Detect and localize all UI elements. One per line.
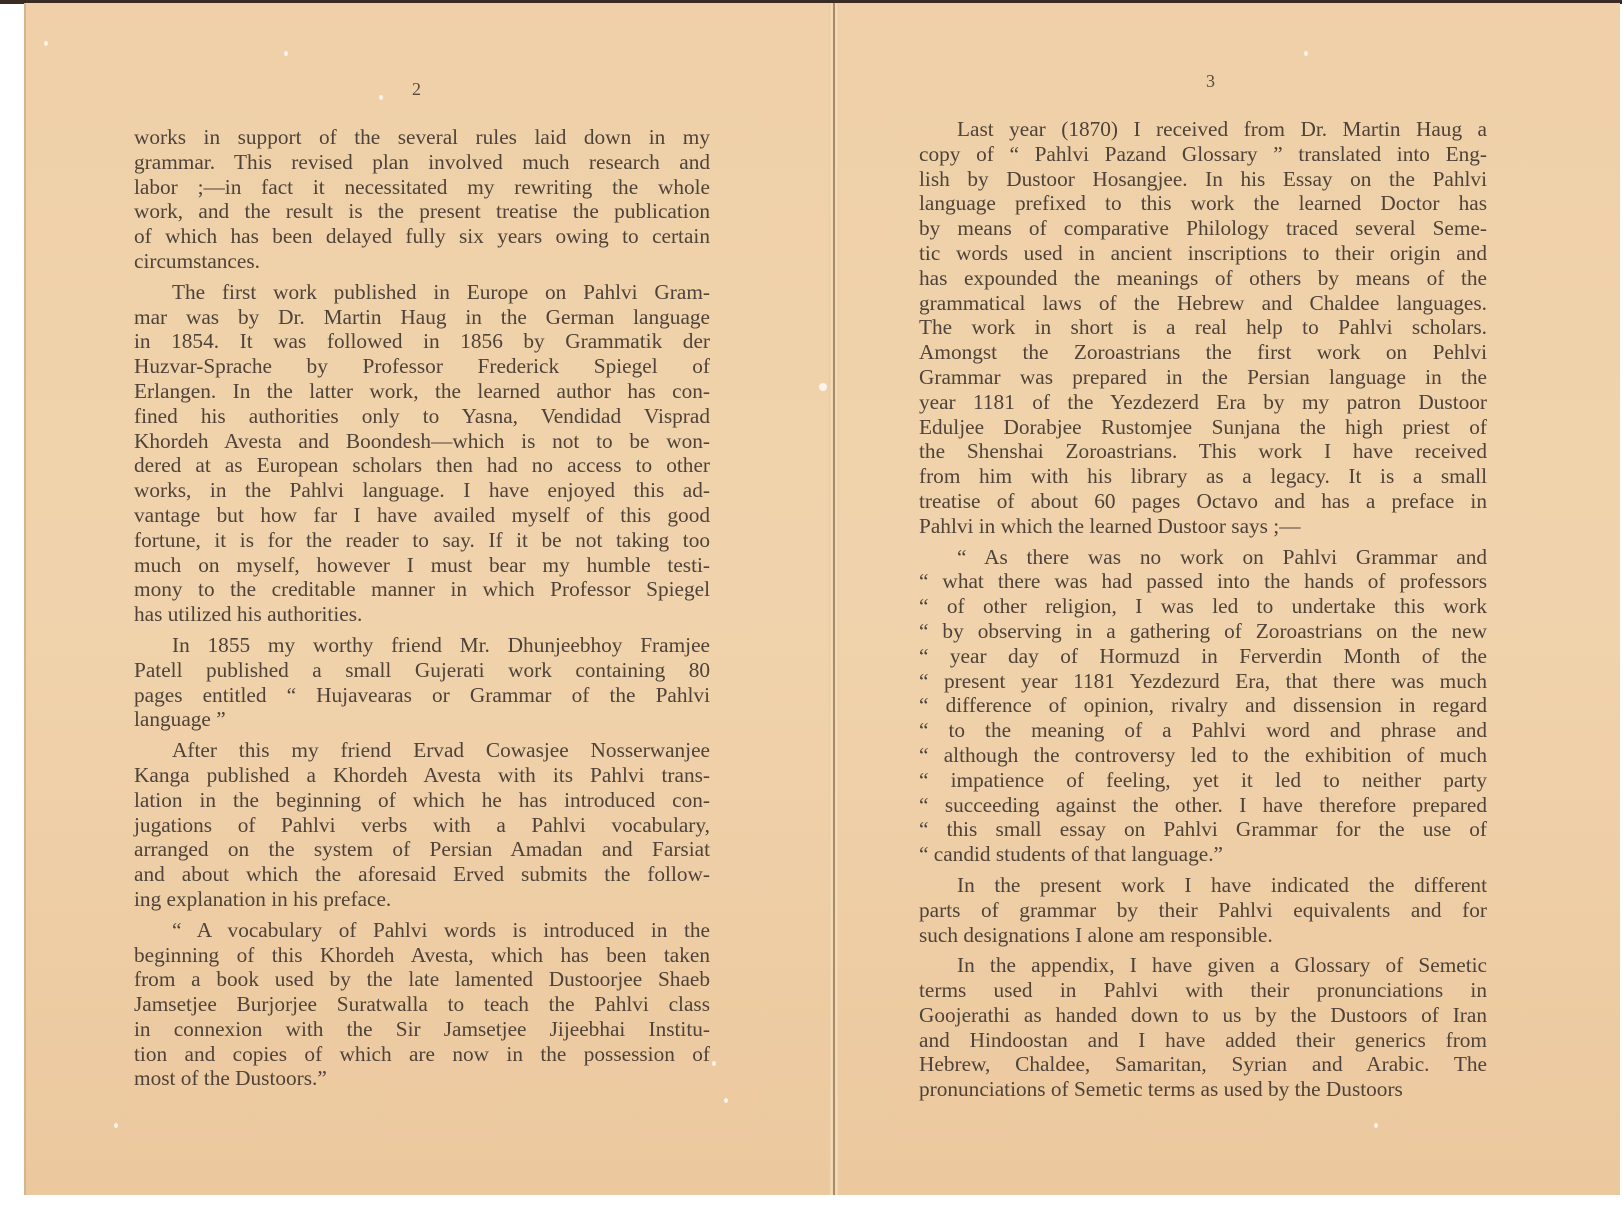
text-line: “ difference of opinion, rivalry and dis… <box>919 693 1487 718</box>
text-line: Patell published a small Gujerati work c… <box>134 658 710 683</box>
text-line: beginning of this Khordeh Avesta, which … <box>134 943 710 968</box>
text-line: works, in the Pahlvi language. I have en… <box>134 478 710 503</box>
text-line: Amongst the Zoroastrians the first work … <box>919 340 1487 365</box>
text-line: Huzvar-Sprache by Professor Frederick Sp… <box>134 354 710 379</box>
book-spine <box>829 3 839 1195</box>
text-line: and about which the aforesaid Erved subm… <box>134 862 710 887</box>
text-line: has utilized his authorities. <box>134 602 710 627</box>
text-line: from a book used by the late lamented Du… <box>134 967 710 992</box>
right-page-body: Last year (1870) I received from Dr. Mar… <box>919 117 1487 1102</box>
text-line: lation in the beginning of which he has … <box>134 788 710 813</box>
text-line: treatise of about 60 pages Octavo and ha… <box>919 489 1487 514</box>
text-line: of which has been delayed fully six year… <box>134 224 710 249</box>
paper-speck <box>712 1061 716 1066</box>
text-line: lish by Dustoor Hosangjee. In his Essay … <box>919 167 1487 192</box>
paper-speck <box>44 41 48 46</box>
page-number-right: 3 <box>1206 71 1215 92</box>
paper-speck <box>284 51 288 56</box>
paper-speck <box>1304 51 1308 56</box>
text-line: “ year day of Hormuzd in Ferverdin Month… <box>919 644 1487 669</box>
text-line: most of the Dustoors.” <box>134 1066 710 1091</box>
text-line: The first work published in Europe on Pa… <box>134 280 710 305</box>
text-line: In 1855 my worthy friend Mr. Dhunjeebhoy… <box>134 633 710 658</box>
left-page: 2 works in support of the several rules … <box>24 3 831 1195</box>
text-line: from him with his library as a legacy. I… <box>919 464 1487 489</box>
text-line: “ As there was no work on Pahlvi Grammar… <box>919 545 1487 570</box>
text-line: Erlangen. In the latter work, the learne… <box>134 379 710 404</box>
text-line: fined his authorities only to Yasna, Ven… <box>134 404 710 429</box>
text-line: Pahlvi in which the learned Dustoor says… <box>919 514 1487 539</box>
text-line: Hebrew, Chaldee, Samaritan, Syrian and A… <box>919 1052 1487 1077</box>
text-line: After this my friend Ervad Cowasjee Noss… <box>134 738 710 763</box>
text-line: “ impatience of feeling, yet it led to n… <box>919 768 1487 793</box>
text-line: in connexion with the Sir Jamsetjee Jije… <box>134 1017 710 1042</box>
text-line: pages entitled “ Hujavearas or Grammar o… <box>134 683 710 708</box>
text-line: Khordeh Avesta and Boondesh—which is not… <box>134 429 710 454</box>
paper-speck <box>819 383 827 391</box>
text-line: language ” <box>134 707 710 732</box>
paper-speck <box>379 95 383 100</box>
text-line: much on myself, however I must bear my h… <box>134 553 710 578</box>
text-line: “ this small essay on Pahlvi Grammar for… <box>919 817 1487 842</box>
text-line: fortune, it is for the reader to say. If… <box>134 528 710 553</box>
text-line: “ succeeding against the other. I have t… <box>919 793 1487 818</box>
text-line: Eduljee Dorabjee Rustomjee Sunjana the h… <box>919 415 1487 440</box>
text-line: dered at as European scholars then had n… <box>134 453 710 478</box>
text-line: Kanga published a Khordeh Avesta with it… <box>134 763 710 788</box>
text-line: such designations I alone am responsible… <box>919 923 1487 948</box>
text-line: Grammar was prepared in the Persian lang… <box>919 365 1487 390</box>
text-line: mar was by Dr. Martin Haug in the German… <box>134 305 710 330</box>
right-page: 3 Last year (1870) I received from Dr. M… <box>839 3 1620 1195</box>
text-line: pronunciations of Semetic terms as used … <box>919 1077 1487 1102</box>
text-line: circumstances. <box>134 249 710 274</box>
text-line: grammatical laws of the Hebrew and Chald… <box>919 291 1487 316</box>
text-line: “ A vocabulary of Pahlvi words is introd… <box>134 918 710 943</box>
text-line: arranged on the system of Persian Amadan… <box>134 837 710 862</box>
text-line: “ present year 1181 Yezdezurd Era, that … <box>919 669 1487 694</box>
text-line: Goojerathi as handed down to us by the D… <box>919 1003 1487 1028</box>
left-page-body: works in support of the several rules la… <box>134 125 710 1091</box>
text-line: vantage but how far I have availed mysel… <box>134 503 710 528</box>
text-line: “ of other religion, I was led to undert… <box>919 594 1487 619</box>
paper-speck <box>1374 1123 1378 1128</box>
paper-speck <box>724 1098 728 1103</box>
text-line: grammar. This revised plan involved much… <box>134 150 710 175</box>
text-line: by means of comparative Philology traced… <box>919 216 1487 241</box>
book-spread: 2 works in support of the several rules … <box>24 3 1620 1195</box>
text-line: works in support of the several rules la… <box>134 125 710 150</box>
text-line: ing explanation in his preface. <box>134 887 710 912</box>
text-line: In the present work I have indicated the… <box>919 873 1487 898</box>
text-line: labor ;—in fact it necessitated my rewri… <box>134 175 710 200</box>
text-line: In the appendix, I have given a Glossary… <box>919 953 1487 978</box>
text-line: year 1181 of the Yezdezerd Era by my pat… <box>919 390 1487 415</box>
text-line: tion and copies of which are now in the … <box>134 1042 710 1067</box>
text-line: “ although the controversy led to the ex… <box>919 743 1487 768</box>
text-line: copy of “ Pahlvi Pazand Glossary ” trans… <box>919 142 1487 167</box>
text-line: mony to the creditable manner in which P… <box>134 577 710 602</box>
page-number-left: 2 <box>412 79 421 100</box>
text-line: language prefixed to this work the learn… <box>919 191 1487 216</box>
text-line: terms used in Pahlvi with their pronunci… <box>919 978 1487 1003</box>
text-line: jugations of Pahlvi verbs with a Pahlvi … <box>134 813 710 838</box>
text-line: “ to the meaning of a Pahlvi word and ph… <box>919 718 1487 743</box>
text-line: and Hindoostan and I have added their ge… <box>919 1028 1487 1053</box>
text-line: “ what there was had passed into the han… <box>919 569 1487 594</box>
text-line: tic words used in ancient inscriptions t… <box>919 241 1487 266</box>
text-line: the Shenshai Zoroastrians. This work I h… <box>919 439 1487 464</box>
text-line: Jamsetjee Burjorjee Suratwalla to teach … <box>134 992 710 1017</box>
text-line: work, and the result is the present trea… <box>134 199 710 224</box>
text-line: parts of grammar by their Pahlvi equival… <box>919 898 1487 923</box>
text-line: “ candid students of that language.” <box>919 842 1487 867</box>
text-line: Last year (1870) I received from Dr. Mar… <box>919 117 1487 142</box>
text-line: “ by observing in a gathering of Zoroast… <box>919 619 1487 644</box>
paper-speck <box>114 1123 118 1128</box>
text-line: has expounded the meanings of others by … <box>919 266 1487 291</box>
text-line: The work in short is a real help to Pahl… <box>919 315 1487 340</box>
text-line: in 1854. It was followed in 1856 by Gram… <box>134 329 710 354</box>
